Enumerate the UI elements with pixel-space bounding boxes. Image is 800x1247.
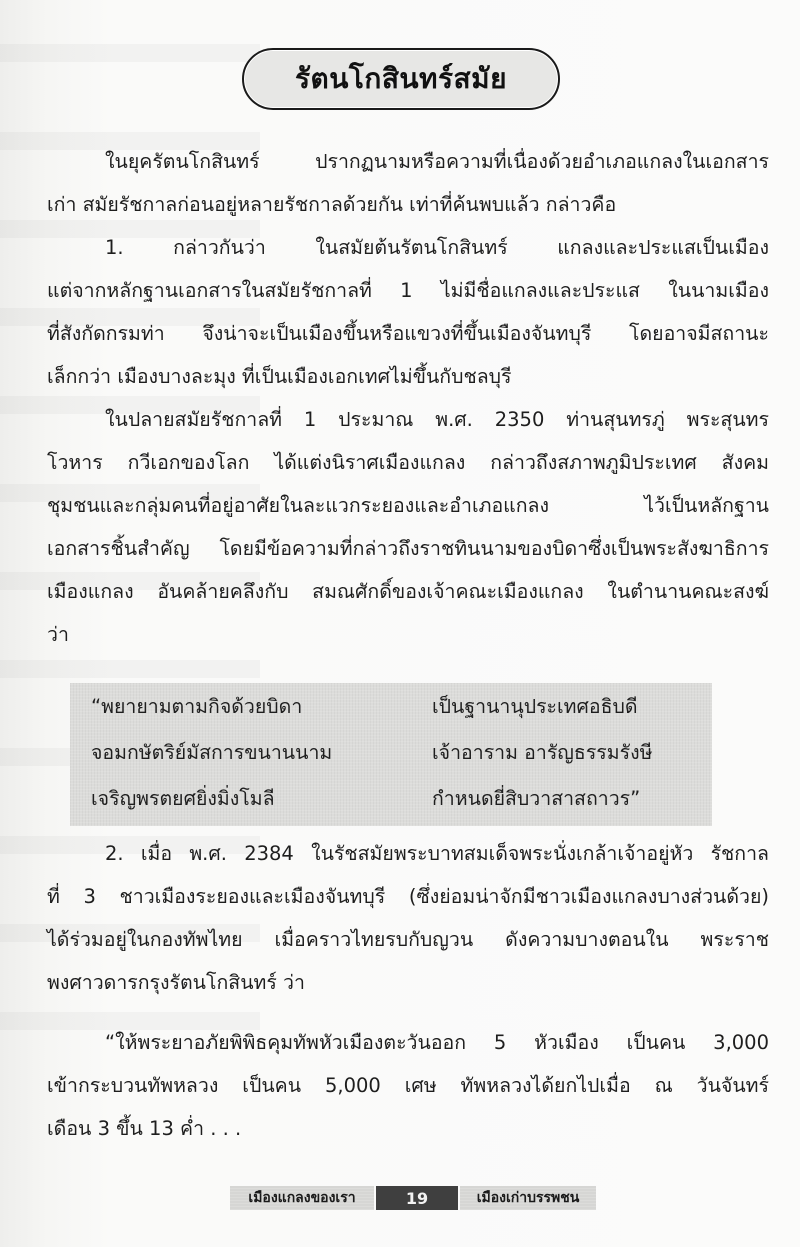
poem-verse: “พยายามตามกิจด้วยบิดา เป็นฐานานุประเทศอธ… bbox=[70, 685, 712, 729]
paragraph-line: พงศาวดารกรุงรัตนโกสินทร์ ว่า bbox=[47, 961, 769, 1004]
poem-verse: จอมกษัตริย์มัสการขนานนาม เจ้าอาราม อารัญ… bbox=[70, 731, 712, 775]
poem-verse-right: กำหนดยี่สิบวาสาสถาวร” bbox=[432, 777, 640, 821]
paragraph-line: เอกสารชิ้นสำคัญ โดยมีข้อความที่กล่าวถึงร… bbox=[47, 527, 769, 570]
paragraph-line: 1. กล่าวกันว่า ในสมัยต้นรัตนโกสินทร์ แกล… bbox=[47, 226, 769, 269]
paragraph-line: ในยุครัตนโกสินทร์ ปรากฏนามหรือความที่เนื… bbox=[47, 140, 769, 183]
paragraph-line: เข้ากระบวนทัพหลวง เป็นคน 5,000 เศษ ทัพหล… bbox=[47, 1064, 769, 1107]
paragraph-line: แต่จากหลักฐานเอกสารในสมัยรัชกาลที่ 1 ไม่… bbox=[47, 269, 769, 312]
paragraph-line: เดือน 3 ขึ้น 13 ค่ำ . . . bbox=[47, 1107, 769, 1150]
paragraph-line: เก่า สมัยรัชกาลก่อนอยู่หลายรัชกาลด้วยกัน… bbox=[47, 183, 769, 226]
paragraph-line: ในปลายสมัยรัชกาลที่ 1 ประมาณ พ.ศ. 2350 ท… bbox=[47, 398, 769, 441]
page-number: 19 bbox=[376, 1186, 458, 1210]
title-pill-frame: รัตนโกสินทร์สมัย bbox=[242, 48, 560, 110]
poem-verse-right: เจ้าอาราม อารัญธรรมรังษี bbox=[432, 731, 652, 775]
paragraph-line: ที่สังกัดกรมท่า จึงน่าจะเป็นเมืองขึ้นหรื… bbox=[47, 312, 769, 355]
poem-verse: เจริญพรตยศยิ่งมิ่งโมลี กำหนดยี่สิบวาสาสถ… bbox=[70, 777, 712, 821]
paragraph-line: โวหาร กวีเอกของโลก ได้แต่งนิราศเมืองแกลง… bbox=[47, 441, 769, 484]
poem-verse-left: จอมกษัตริย์มัสการขนานนาม bbox=[91, 731, 332, 775]
paragraph-line: ว่า bbox=[47, 613, 769, 656]
paragraph-line: ชุมชนและกลุ่มคนที่อยู่อาศัยในละแวกระยองแ… bbox=[47, 484, 769, 527]
paragraph-line: ที่ 3 ชาวเมืองระยองและเมืองจันทบุรี (ซึ่… bbox=[47, 875, 769, 918]
poem-verse-left: เจริญพรตยศยิ่งมิ่งโมลี bbox=[91, 777, 275, 821]
footer-book-title: เมืองแกลงของเรา bbox=[230, 1186, 374, 1210]
poem-verse-right: เป็นฐานานุประเทศอธิบดี bbox=[432, 685, 638, 729]
paragraph-line: เมืองแกลง อันคล้ายคลึงกับ สมณศักดิ์ของเจ… bbox=[47, 570, 769, 613]
page-title: รัตนโกสินทร์สมัย bbox=[295, 57, 507, 101]
paragraph-line: ได้ร่วมอยู่ในกองทัพไทย เมื่อคราวไทยรบกับ… bbox=[47, 918, 769, 961]
poem-quote-box: “พยายามตามกิจด้วยบิดา เป็นฐานานุประเทศอธ… bbox=[70, 683, 712, 826]
paragraph-line: 2. เมื่อ พ.ศ. 2384 ในรัชสมัยพระบาทสมเด็จ… bbox=[47, 832, 769, 875]
chronicle-quote-text: “ให้พระยาอภัยพิพิธคุมทัพหัวเมืองตะวันออก… bbox=[47, 1021, 769, 1150]
poem-verse-left: “พยายามตามกิจด้วยบิดา bbox=[91, 685, 302, 729]
body-text: ในยุครัตนโกสินทร์ ปรากฏนามหรือความที่เนื… bbox=[47, 140, 769, 656]
footer-section-title: เมืองเก่าบรรพชน bbox=[460, 1186, 596, 1210]
section-2-text: 2. เมื่อ พ.ศ. 2384 ในรัชสมัยพระบาทสมเด็จ… bbox=[47, 832, 769, 1004]
page-footer: เมืองแกลงของเรา 19 เมืองเก่าบรรพชน bbox=[230, 1186, 596, 1210]
paragraph-line: เล็กกว่า เมืองบางละมุง ที่เป็นเมืองเอกเท… bbox=[47, 355, 769, 398]
paragraph-line: “ให้พระยาอภัยพิพิธคุมทัพหัวเมืองตะวันออก… bbox=[47, 1021, 769, 1064]
